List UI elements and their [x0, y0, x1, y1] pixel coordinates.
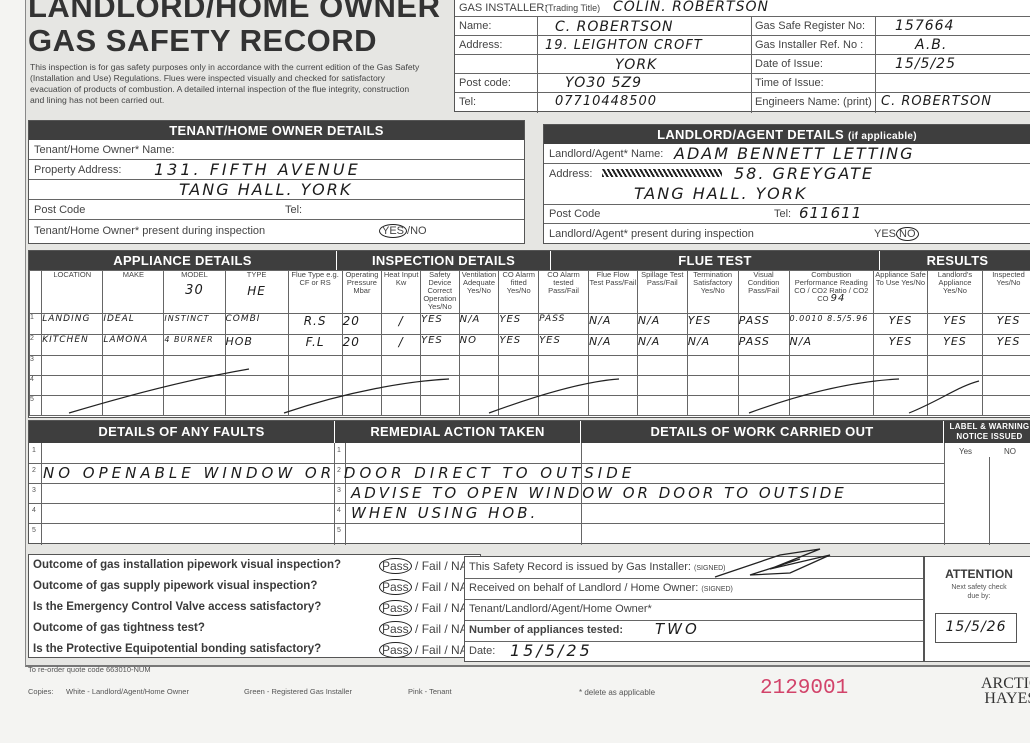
property-address-label: Property Address:: [34, 164, 121, 176]
col-type: TYPEHE: [225, 271, 288, 314]
installer-tel-value[interactable]: 07710448500: [555, 94, 657, 109]
label-no: NO: [1004, 447, 1016, 456]
arctic-hayes-logo: ARCTIC HAYES: [981, 676, 1030, 706]
col-flue-flow: Flue Flow Test Pass/Fail: [588, 271, 637, 314]
work-carried-out-heading: DETAILS OF WORK CARRIED OUT: [581, 421, 943, 443]
faults-heading: DETAILS OF ANY FAULTS: [29, 421, 334, 443]
gas-safety-record-form: LANDLORD/HOME OWNER GAS SAFETY RECORD Th…: [25, 0, 1030, 667]
landlord-heading: LANDLORD/AGENT DETAILS (if applicable): [544, 125, 1030, 144]
remedial-line-3[interactable]: ADVISE TO OPEN WINDOW OR DOOR TO OUTSIDE: [351, 484, 847, 502]
remedial-heading: REMEDIAL ACTION TAKEN: [335, 421, 580, 443]
installer-postcode-label: Post code:: [459, 77, 511, 89]
form-title-line2: GAS SAFETY RECORD: [28, 24, 377, 57]
attention-box: ATTENTION Next safety check due by: 15/5…: [924, 556, 1030, 662]
col-safe-to-use: Appliance Safe To Use Yes/No: [874, 271, 928, 314]
serial-number: 2129001: [760, 677, 848, 700]
tenant-postcode-label: Post Code: [34, 204, 85, 216]
remedial-line-4[interactable]: WHEN USING HOB.: [351, 504, 538, 522]
installer-postcode-value[interactable]: YO30 5Z9: [565, 75, 642, 91]
signoff-box: This Safety Record is issued by Gas Inst…: [464, 556, 924, 662]
installer-signature[interactable]: [710, 547, 850, 583]
gas-installer-box: GAS INSTALLER: (Trading Title) COLIN. RO…: [454, 0, 1030, 112]
role-label: Tenant/Landlord/Agent/Home Owner*: [469, 603, 652, 615]
appliance-row: 1 LANDING IDEAL INSTINCT COMBI R.S 20 / …: [30, 314, 1030, 335]
tenant-present-label: Tenant/Home Owner* present during inspec…: [34, 225, 265, 237]
issued-by-label: This Safety Record is issued by Gas Inst…: [469, 561, 726, 573]
date-issue-label: Date of Issue:: [755, 58, 823, 70]
date-value[interactable]: 15/5/25: [510, 641, 593, 660]
inspection-details-heading: INSPECTION DETAILS: [337, 251, 550, 270]
faults-section: DETAILS OF ANY FAULTS REMEDIAL ACTION TA…: [28, 420, 1030, 544]
void-strike-lines: [29, 351, 1030, 419]
copies-label: Copies:: [28, 687, 53, 696]
tenant-heading: TENANT/HOME OWNER DETAILS: [29, 121, 524, 140]
engineer-name-label: Engineers Name: (print): [755, 96, 872, 108]
landlord-tel-label: Tel:: [774, 208, 791, 220]
copy-pink: Pink - Tenant: [408, 687, 452, 696]
reorder-code: To re-order quote code 663010-NUM: [28, 665, 151, 674]
installer-name-label: Name:: [459, 20, 491, 32]
tenant-tel-label: Tel:: [285, 204, 302, 216]
col-combustion: Combustion Performance Reading CO / CO2 …: [789, 271, 874, 314]
tenant-details-box: TENANT/HOME OWNER DETAILS Tenant/Home Ow…: [28, 120, 525, 244]
label-warning-heading: LABEL & WARNING NOTICE ISSUED: [944, 421, 1030, 443]
col-flue-type: Flue Type e.g. CF or RS: [288, 271, 342, 314]
trading-title-sub: (Trading Title): [545, 3, 600, 13]
col-model: MODEL30: [164, 271, 225, 314]
next-check-date[interactable]: 15/5/26: [935, 613, 1017, 643]
col-termination: Termination Satisfactory Yes/No: [687, 271, 738, 314]
form-title-line1: LANDLORD/HOME OWNER: [28, 0, 440, 23]
flue-test-heading: FLUE TEST: [551, 251, 879, 270]
appliance-details-heading: APPLIANCE DETAILS: [29, 251, 336, 270]
col-visual-condition: Visual Condition Pass/Fail: [738, 271, 789, 314]
check-answer-3[interactable]: Pass / Fail / NA: [379, 601, 468, 615]
installer-address-label: Address:: [459, 39, 502, 51]
attention-heading: ATTENTION: [925, 567, 1030, 581]
tenant-present-toggle[interactable]: YES/NO: [379, 225, 427, 237]
landlord-name-label: Landlord/Agent* Name:: [549, 148, 663, 160]
appliances-tested-label: Number of appliances tested:: [469, 624, 623, 636]
col-co-alarm-fitted: CO Alarm fitted Yes/No: [499, 271, 539, 314]
col-landlords-appliance: Landlord's Appliance Yes/No: [927, 271, 982, 314]
check-question: Is the Protective Equipotential bonding …: [33, 643, 321, 655]
landlord-details-box: LANDLORD/AGENT DETAILS (if applicable) L…: [543, 124, 1030, 244]
property-address-line2[interactable]: TANG HALL. YORK: [179, 180, 352, 199]
installer-tel-label: Tel:: [459, 96, 476, 108]
installer-address-line2[interactable]: YORK: [615, 57, 657, 73]
check-answer-5[interactable]: Pass / Fail / NA: [379, 643, 468, 657]
results-heading: RESULTS: [880, 251, 1030, 270]
installer-name-value[interactable]: C. ROBERTSON: [555, 19, 674, 35]
col-location: LOCATION: [42, 271, 103, 314]
appliance-header-row: LOCATION MAKE MODEL30 TYPEHE Flue Type e…: [30, 271, 1030, 314]
tenant-present-no[interactable]: NO: [410, 225, 427, 237]
col-co-alarm-tested: CO Alarm tested Pass/Fail: [539, 271, 589, 314]
check-answer-1[interactable]: Pass / Fail / NA: [379, 559, 468, 573]
landlord-postcode-label: Post Code: [549, 208, 600, 220]
date-issue-value[interactable]: 15/5/25: [895, 56, 956, 72]
landlord-address-line1[interactable]: 58. GREYGATE: [734, 164, 874, 183]
check-question: Outcome of gas supply pipework visual in…: [33, 580, 317, 592]
installer-address-line1[interactable]: 19. LEIGHTON CROFT: [545, 38, 703, 53]
attention-sub: Next safety check due by:: [951, 583, 1007, 601]
check-question: Outcome of gas installation pipework vis…: [33, 559, 341, 571]
landlord-present-toggle[interactable]: YESNO: [874, 228, 919, 240]
trading-title-value[interactable]: COLIN. ROBERTSON: [613, 0, 769, 15]
landlord-present-label: Landlord/Agent* present during inspectio…: [549, 228, 754, 240]
installer-ref-value[interactable]: A.B.: [915, 37, 947, 53]
landlord-present-no[interactable]: NO: [896, 227, 919, 241]
tenant-present-yes[interactable]: YES: [379, 224, 407, 238]
copy-green: Green - Registered Gas Installer: [244, 687, 352, 696]
delete-note: * delete as applicable: [579, 688, 655, 697]
landlord-tel-value[interactable]: 611611: [799, 204, 862, 222]
scribbled-out-text: [602, 169, 722, 177]
check-question: Outcome of gas tightness test?: [33, 622, 205, 634]
col-inspected: Inspected Yes/No: [982, 271, 1030, 314]
installer-ref-label: Gas Installer Ref. No :: [755, 39, 863, 51]
register-label: Gas Safe Register No:: [755, 20, 865, 32]
trading-title-label: GAS INSTALLER:: [459, 2, 547, 14]
label-yes: Yes: [959, 447, 972, 456]
copy-white: White - Landlord/Agent/Home Owner: [66, 687, 189, 696]
time-issue-label: Time of Issue:: [755, 77, 824, 89]
landlord-address-line2[interactable]: TANG HALL. YORK: [634, 184, 807, 203]
col-make: MAKE: [103, 271, 164, 314]
check-answer-2[interactable]: Pass / Fail / NA: [379, 580, 468, 594]
engineer-name-value[interactable]: C. ROBERTSON: [881, 94, 992, 109]
check-question: Is the Emergency Control Valve access sa…: [33, 601, 321, 613]
col-ventilation: Ventilation Adequate Yes/No: [459, 271, 499, 314]
check-answer-4[interactable]: Pass / Fail / NA: [379, 622, 468, 636]
appliances-tested-value[interactable]: TWO: [655, 620, 700, 638]
fault-line-2[interactable]: NO OPENABLE WINDOW OR DOOR DIRECT TO OUT…: [43, 464, 635, 482]
received-by-label: Received on behalf of Landlord / Home Ow…: [469, 582, 733, 594]
intro-text: This inspection is for gas safety purpos…: [30, 62, 425, 106]
date-label: Date:: [469, 645, 495, 657]
landlord-name-value[interactable]: ADAM BENNETT LETTING: [674, 144, 915, 163]
landlord-address-label: Address:: [549, 168, 592, 180]
col-safety-device: Safety Device Correct Operation Yes/No: [420, 271, 459, 314]
property-address-line1[interactable]: 131. FIFTH AVENUE: [154, 160, 361, 179]
col-spillage: Spillage Test Pass/Fail: [637, 271, 687, 314]
appliance-table: APPLIANCE DETAILS INSPECTION DETAILS FLU…: [28, 250, 1030, 418]
tenant-name-label: Tenant/Home Owner* Name:: [34, 144, 175, 156]
col-operating-pressure: Operating Pressure Mbar: [342, 271, 382, 314]
col-heat-input: Heat Input Kw: [382, 271, 421, 314]
register-value[interactable]: 157664: [895, 18, 954, 34]
landlord-present-yes[interactable]: YES: [874, 228, 896, 240]
checks-box: Outcome of gas installation pipework vis…: [28, 554, 481, 658]
